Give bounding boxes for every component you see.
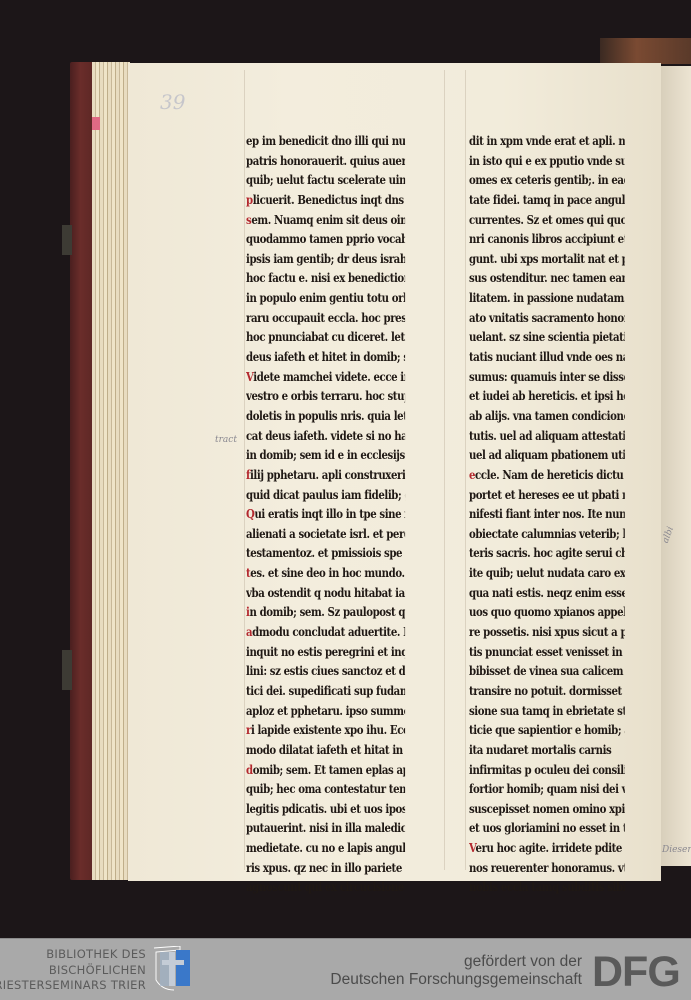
manuscript-line: et iudei ab hereticis. et ipsi heretici [469, 386, 625, 406]
manuscript-line: litatem. in passione nudatam. consoci [469, 288, 625, 308]
rubricated-initial: s [246, 212, 251, 227]
margin-note: tract [215, 435, 237, 445]
manuscript-line: teris sacris. hoc agite serui cham. [469, 543, 625, 563]
funding-line: Deutschen Forschungsgemeinschaft [330, 971, 582, 989]
manuscript-line: legitis pdicatis. ubi et uos ipos de [246, 799, 405, 819]
funding-line: gefördert von der [330, 953, 582, 971]
manuscript-line: Qui eratis inqt illo in tpe sine xpo. [246, 504, 405, 524]
manuscript-line: uos quo quomo xpianos appella [469, 602, 625, 622]
rubricated-initial: p [246, 192, 253, 207]
rubricated-initial: V [246, 369, 253, 384]
manuscript-line: et uos gloriamini no esset in terris. [469, 818, 625, 838]
manuscript-line: aploz et pphetaru. ipso summo angula [246, 701, 405, 721]
binding-top-edge [600, 38, 691, 64]
manuscript-line: tes. et sine deo in hoc mundo. Per hec [246, 563, 405, 583]
manuscript-line: transire no potuit. dormisset in pas [469, 681, 625, 701]
library-name-line: PRIESTERSEMINARS TRIER [0, 978, 146, 994]
manuscript-line: in domib; sem. Sz paulopost que [246, 602, 405, 622]
manuscript-line: sumus: quamuis inter se dissentiant. [469, 367, 625, 387]
manuscript-line: tici dei. supedificati sup fudamentu [246, 681, 405, 701]
manuscript-line: patris honorauerit. quius auersi [246, 151, 405, 171]
cover-clasp [62, 225, 72, 255]
rubricated-initial: f [246, 467, 250, 482]
manuscript-line: agnoscunt qui ex circucisione credi [246, 877, 405, 897]
manuscript-line: ris xpus. qz nec in illo pariete uos [246, 858, 405, 878]
manuscript-line: omes ex ceteris gentib;. in eadem vni [469, 170, 625, 190]
manuscript-line: admodu concludat aduertite. Igit iam [246, 622, 405, 642]
manuscript-line: hoc pnunciabat cu diceret. letificet [246, 327, 405, 347]
manuscript-line: dit in xpm vnde erat et apli. nec [469, 131, 625, 151]
manuscript-line: quib; hec oma contestatur tenetis. [246, 779, 405, 799]
manuscript-line: filij pphetaru. apli construxerit. Audit… [246, 465, 405, 485]
margin-note: Dieser [662, 845, 691, 855]
manuscript-line: cat deus iafeth. videte si no habitet [246, 426, 405, 446]
rubricated-initial: t [246, 565, 250, 580]
manuscript-line: fortior homib; quam nisi dei verbu [469, 779, 625, 799]
manuscript-line: quib; uelut factu scelerate uinee dis [246, 170, 405, 190]
ruling-line [444, 70, 445, 870]
manuscript-line: raru occupauit eccla. hoc pressius [246, 308, 405, 328]
rubricated-initial: V [469, 840, 476, 855]
manuscript-line: Videte mamchei videte. ecce in conspu [246, 367, 405, 387]
manuscript-line: gunt. ubi xps mortalit nat et pas [469, 249, 625, 269]
library-name-line: BIBLIOTHEK DES [0, 947, 146, 963]
rubricated-initial: a [246, 624, 252, 639]
manuscript-line: nri canonis libros accipiunt et le [469, 229, 625, 249]
manuscript-line: nifesti fiant inter nos. Ite nunc et [469, 504, 625, 524]
dfg-logo: DFG [592, 952, 680, 992]
manuscript-line: medietate. cu no e lapis angula [246, 838, 405, 858]
manuscript-line: plicuerit. Benedictus inqt dns de [246, 190, 405, 210]
manuscript-line: modo dilatat iafeth et hitat in [246, 740, 405, 760]
library-name: BIBLIOTHEK DES BISCHÖFLICHEN PRIESTERSEM… [0, 947, 146, 994]
manuscript-line: doletis in populis nris. quia letifi [246, 406, 405, 426]
manuscript-line: ipsis iam gentib; dr deus israhel. et vn… [246, 249, 405, 269]
manuscript-line: ri lapide existente xpo ihu. Ecce q [246, 720, 405, 740]
manuscript-line: ep im benedicit dno illi qui nuditate [246, 131, 405, 151]
ruling-line [244, 70, 245, 870]
manuscript-line: in domib; sem id e in ecclesijs quas [246, 445, 405, 465]
manuscript-line: nobis eccla tamq subditis sibi. [469, 877, 625, 897]
manuscript-line: sem. Nuamq enim sit deus oim gentiu [246, 210, 405, 230]
manuscript-line: portet et hereses ee ut pbati ma [469, 485, 625, 505]
manuscript-line: domib; sem. Et tamen eplas aploz [246, 760, 405, 780]
manuscript-line: ato vnitatis sacramento honorifice [469, 308, 625, 328]
bookmark-tab [92, 117, 100, 130]
manuscript-line: tis pnunciat esset venisset in mundu. [469, 642, 625, 662]
manuscript-line: bibisset de vinea sua calicem qui [469, 661, 625, 681]
manuscript-line: ab alijs. vna tamen condicione seruu [469, 406, 625, 426]
manuscript-line: sus ostenditur. nec tamen eandem morta [469, 268, 625, 288]
manuscript-line: testamentoz. et pmissiois spe no habe [246, 543, 405, 563]
funding-text: gefördert von der Deutschen Forschungsge… [330, 953, 582, 989]
rubricated-initial: e [469, 467, 475, 482]
manuscript-line: eccle. Nam de hereticis dictu e. O [469, 465, 625, 485]
manuscript-line: tate fidei. tamq in pace anguli co [469, 190, 625, 210]
manuscript-line: sione sua tamq in ebrietate stul [469, 701, 625, 721]
facing-leaf [661, 66, 691, 866]
manuscript-line: hoc factu e. nisi ex benedictione iafeth [246, 268, 405, 288]
folio-number: 39 [160, 90, 185, 114]
manuscript-line: tatis nuciant illud vnde oes nati [469, 347, 625, 367]
manuscript-line: in populo enim gentiu totu orbem ter [246, 288, 405, 308]
manuscript-line: ita nudaret mortalis carnis [469, 740, 625, 760]
manuscript-line: uel ad aliquam pbationem utiles sunt [469, 445, 625, 465]
manuscript-line: deus iafeth et hitet in domib; sem. [246, 347, 405, 367]
rubricated-initial: d [246, 762, 253, 777]
rubricated-initial: Q [246, 506, 254, 521]
manuscript-line: re possetis. nisi xpus sicut a pphe [469, 622, 625, 642]
manuscript-line: tutis. uel ad aliquam attestationem. [469, 426, 625, 446]
manuscript-line: obiectate calumnias veterib; lit [469, 524, 625, 544]
manuscript-line: lini: sz estis ciues sanctoz et domes [246, 661, 405, 681]
manuscript-line: infirmitas p oculeu dei consilium [469, 760, 625, 780]
manuscript-line: ite quib; uelut nudata caro ex [469, 563, 625, 583]
footer-banner: BIBLIOTHEK DES BISCHÖFLICHEN PRIESTERSEM… [0, 938, 691, 1000]
manuscript-line: vestro e orbis terraru. hoc stupetis. ho… [246, 386, 405, 406]
manuscript-line: vba ostendit q nodu hitabat iafeth [246, 583, 405, 603]
library-name-line: BISCHÖFLICHEN [0, 963, 146, 979]
manuscript-line: uelant. sz sine scientia pietatis et car… [469, 327, 625, 347]
cover-clasp [62, 650, 72, 690]
library-shield-logo-icon [152, 946, 192, 994]
manuscript-line: suscepisset nomen omino xpianu quo [469, 799, 625, 819]
manuscript-line: currentes. Sz et omes qui quoslibet [469, 210, 625, 230]
ruling-line [465, 70, 466, 870]
page-edges [92, 62, 130, 880]
manuscript-line: putauerint. nisi in illa maledicta [246, 818, 405, 838]
text-column-right: dit in xpm vnde erat et apli. necin isto… [469, 131, 659, 897]
manuscript-line: ticie que sapientior e homib; atqz [469, 720, 625, 740]
manuscript-line: Veru hoc agite. irridete pdite qd [469, 838, 625, 858]
manuscript-line: quodammo tamen pprio vocabulo et i [246, 229, 405, 249]
rubricated-initial: i [246, 604, 249, 619]
manuscript-line: in isto qui e ex pputio vnde sunt [469, 151, 625, 171]
rubricated-initial: r [246, 722, 251, 737]
manuscript-line: qua nati estis. neqz enim esset vnde [469, 583, 625, 603]
manuscript-line: quid dicat paulus iam fidelib; gentibus. [246, 485, 405, 505]
manuscript-line: nos reuerenter honoramus. vtat [469, 858, 625, 878]
manuscript-line: alienati a societate isrl. et peregrini [246, 524, 405, 544]
manuscript-line: inquit no estis peregrini et inqui [246, 642, 405, 662]
manuscript-scan: 39 ep im benedicit dno illi qui nuditate… [0, 0, 691, 938]
text-column-left: ep im benedicit dno illi qui nuditatepat… [246, 131, 440, 897]
